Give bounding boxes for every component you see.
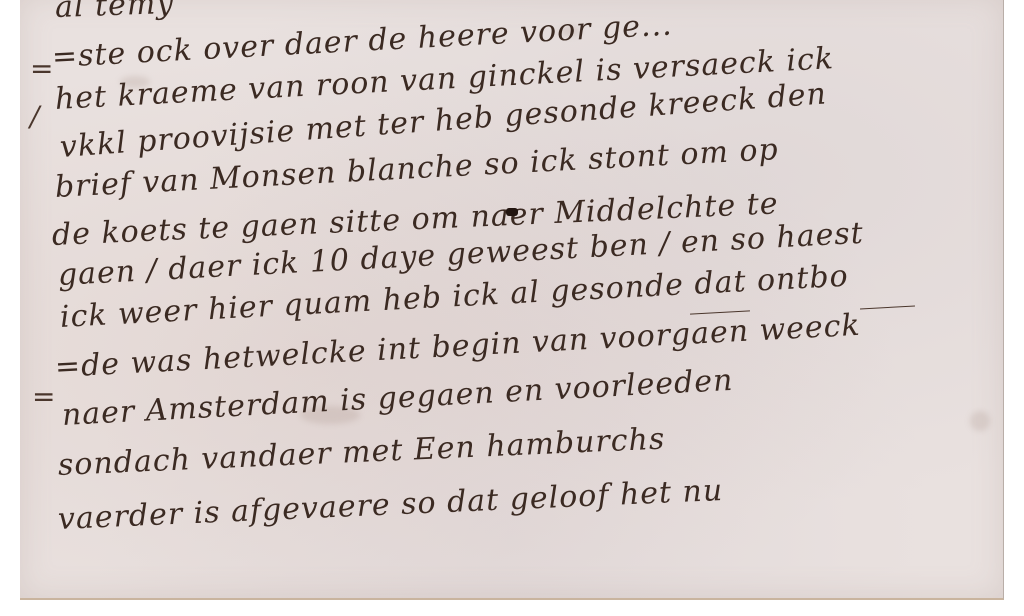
manuscript-line-1: al temy xyxy=(54,0,174,25)
ink-blot xyxy=(506,208,518,216)
margin-equals-mark: = xyxy=(32,380,55,413)
margin-equals-mark: = xyxy=(30,52,53,85)
margin-slash-mark: / xyxy=(30,100,39,133)
paper-stain xyxy=(970,411,990,431)
